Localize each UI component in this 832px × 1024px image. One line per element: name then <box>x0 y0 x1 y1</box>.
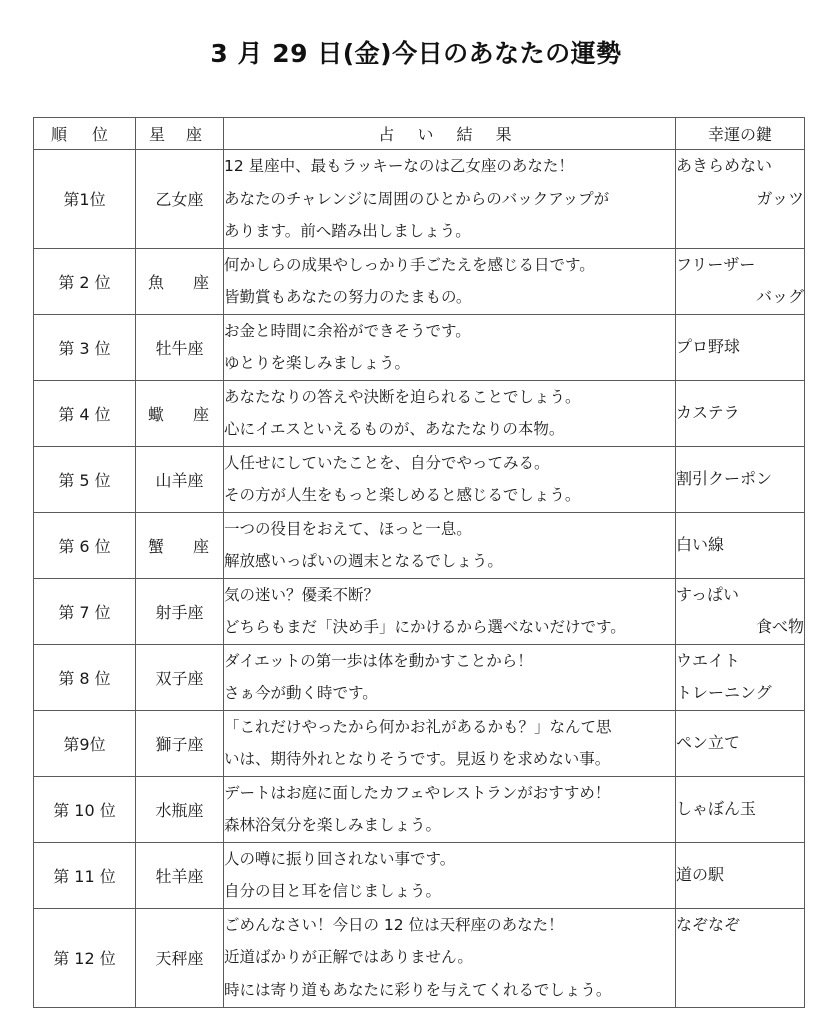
result-cell: お金と時間に余裕ができそうです。 ゆとりを楽しみましょう。 <box>224 314 676 380</box>
rank-cell: 第 8 位 <box>34 644 136 710</box>
result-cell: 「これだけやったから何かお礼があるかも？」なんて思 いは、期待外れとなりそうです… <box>224 710 676 776</box>
lucky-key-cell: すっぱい 食べ物 <box>676 578 805 644</box>
result-line: デートはお庭に面したカフェやレストランがおすすめ！ <box>224 777 675 810</box>
table-row: 第 5 位 山羊座 人任せにしていたことを、自分でやってみる。 その方が人生をも… <box>34 446 805 512</box>
sign-cell: 牡牛座 <box>136 314 224 380</box>
page-title: 3 月 29 日(金)今日のあなたの運勢 <box>0 34 832 70</box>
result-cell: 人任せにしていたことを、自分でやってみる。 その方が人生をもっと楽しめると感じる… <box>224 446 676 512</box>
result-cell: 何かしらの成果やしっかり手ごたえを感じる日です。 皆勤賞もあなたの努力のたまもの… <box>224 248 676 314</box>
lucky-key-line: 道の駅 <box>676 859 804 892</box>
result-cell: 人の噂に振り回されない事です。 自分の目と耳を信じましょう。 <box>224 842 676 908</box>
table-row: 第 6 位 蟹 座 一つの役目をおえて、ほっと一息。 解放感いっぱいの週末となる… <box>34 512 805 578</box>
result-line: その方が人生をもっと楽しめると感じるでしょう。 <box>224 479 675 512</box>
result-line: 森林浴気分を楽しみましょう。 <box>224 809 675 842</box>
lucky-key-line: カステラ <box>676 397 804 430</box>
result-line: あります。前へ踏み出しましょう。 <box>224 215 675 248</box>
rank-cell: 第 10 位 <box>34 776 136 842</box>
lucky-key-cell: しゃぼん玉 <box>676 776 805 842</box>
result-cell: ごめんなさい！今日の 12 位は天秤座のあなた！ 近道ばかりが正解ではありません… <box>224 908 676 1007</box>
lucky-key-cell: 道の駅 <box>676 842 805 908</box>
lucky-key-line: ウエイト <box>676 645 804 678</box>
result-cell: 12 星座中、最もラッキーなのは乙女座のあなた！ あなたのチャレンジに周囲のひと… <box>224 150 676 249</box>
result-line: あなたのチャレンジに周囲のひとからのバックアップが <box>224 183 675 216</box>
sign-cell: 魚 座 <box>136 248 224 314</box>
sign-cell: 牡羊座 <box>136 842 224 908</box>
lucky-key-cell: 割引クーポン <box>676 446 805 512</box>
sign-cell: 蠍 座 <box>136 380 224 446</box>
result-line: お金と時間に余裕ができそうです。 <box>224 315 675 348</box>
result-line: 時には寄り道もあなたに彩りを与えてくれるでしょう。 <box>224 974 675 1007</box>
sign-cell: 水瓶座 <box>136 776 224 842</box>
horoscope-ranking-table: 順 位 星 座 占 い 結 果 幸運の鍵 第1位 乙女座 12 星座中、最もラッ… <box>33 117 805 1008</box>
lucky-key-line: しゃぼん玉 <box>676 793 804 826</box>
lucky-key-cell: ペン立て <box>676 710 805 776</box>
sign-cell: 山羊座 <box>136 446 224 512</box>
lucky-key-line: ガッツ <box>676 183 804 216</box>
rank-cell: 第9位 <box>34 710 136 776</box>
lucky-key-line: 白い線 <box>676 529 804 562</box>
rank-cell: 第 7 位 <box>34 578 136 644</box>
lucky-key-line: 割引クーポン <box>676 463 804 496</box>
header-sign: 星 座 <box>136 118 224 150</box>
lucky-key-line: バッグ <box>676 281 804 314</box>
lucky-key-cell: プロ野球 <box>676 314 805 380</box>
result-line: 人の噂に振り回されない事です。 <box>224 843 675 876</box>
sign-cell: 乙女座 <box>136 150 224 249</box>
lucky-key-cell: ウエイト トレーニング <box>676 644 805 710</box>
result-line: ごめんなさい！今日の 12 位は天秤座のあなた！ <box>224 909 675 942</box>
lucky-key-cell: 白い線 <box>676 512 805 578</box>
table-row: 第 11 位 牡羊座 人の噂に振り回されない事です。 自分の目と耳を信じましょう… <box>34 842 805 908</box>
result-line: 一つの役目をおえて、ほっと一息。 <box>224 513 675 546</box>
sign-cell: 蟹 座 <box>136 512 224 578</box>
result-cell: デートはお庭に面したカフェやレストランがおすすめ！ 森林浴気分を楽しみましょう。 <box>224 776 676 842</box>
header-lucky-key: 幸運の鍵 <box>676 118 805 150</box>
rank-cell: 第 3 位 <box>34 314 136 380</box>
result-line: 自分の目と耳を信じましょう。 <box>224 875 675 908</box>
sign-cell: 射手座 <box>136 578 224 644</box>
rank-cell: 第1位 <box>34 150 136 249</box>
lucky-key-cell: フリーザー バッグ <box>676 248 805 314</box>
lucky-key-line: 食べ物 <box>676 611 804 644</box>
result-line: 12 星座中、最もラッキーなのは乙女座のあなた！ <box>224 150 675 183</box>
result-cell: 一つの役目をおえて、ほっと一息。 解放感いっぱいの週末となるでしょう。 <box>224 512 676 578</box>
table-row: 第 3 位 牡牛座 お金と時間に余裕ができそうです。 ゆとりを楽しみましょう。 … <box>34 314 805 380</box>
lucky-key-line: あきらめない <box>676 150 804 183</box>
lucky-key-line: なぞなぞ <box>676 909 804 942</box>
result-line: 皆勤賞もあなたの努力のたまもの。 <box>224 281 675 314</box>
result-line: さぁ今が動く時です。 <box>224 677 675 710</box>
result-cell: ダイエットの第一歩は体を動かすことから！ さぁ今が動く時です。 <box>224 644 676 710</box>
lucky-key-cell: なぞなぞ <box>676 908 805 1007</box>
result-line: あなたなりの答えや決断を迫られることでしょう。 <box>224 381 675 414</box>
result-line: 「これだけやったから何かお礼があるかも？」なんて思 <box>224 711 675 744</box>
table-row: 第 2 位 魚 座 何かしらの成果やしっかり手ごたえを感じる日です。 皆勤賞もあ… <box>34 248 805 314</box>
table-row: 第 8 位 双子座 ダイエットの第一歩は体を動かすことから！ さぁ今が動く時です… <box>34 644 805 710</box>
rank-cell: 第 11 位 <box>34 842 136 908</box>
result-line: 人任せにしていたことを、自分でやってみる。 <box>224 447 675 480</box>
table-row: 第 4 位 蠍 座 あなたなりの答えや決断を迫られることでしょう。 心にイエスと… <box>34 380 805 446</box>
result-cell: 気の迷い？優柔不断？ どちらもまだ「決め手」にかけるから選べないだけです。 <box>224 578 676 644</box>
sign-cell: 獅子座 <box>136 710 224 776</box>
table-row: 第1位 乙女座 12 星座中、最もラッキーなのは乙女座のあなた！ あなたのチャレ… <box>34 150 805 249</box>
result-line: 解放感いっぱいの週末となるでしょう。 <box>224 545 675 578</box>
lucky-key-line: フリーザー <box>676 249 804 282</box>
result-line: 気の迷い？優柔不断？ <box>224 579 675 612</box>
lucky-key-line: ペン立て <box>676 727 804 760</box>
result-line: どちらもまだ「決め手」にかけるから選べないだけです。 <box>224 611 675 644</box>
result-line: いは、期待外れとなりそうです。見返りを求めない事。 <box>224 743 675 776</box>
result-line: 心にイエスといえるものが、あなたなりの本物。 <box>224 413 675 446</box>
lucky-key-cell: あきらめない ガッツ <box>676 150 805 249</box>
table-row: 第 10 位 水瓶座 デートはお庭に面したカフェやレストランがおすすめ！ 森林浴… <box>34 776 805 842</box>
lucky-key-cell: カステラ <box>676 380 805 446</box>
rank-cell: 第 5 位 <box>34 446 136 512</box>
result-line: 何かしらの成果やしっかり手ごたえを感じる日です。 <box>224 249 675 282</box>
table-row: 第9位 獅子座 「これだけやったから何かお礼があるかも？」なんて思 いは、期待外… <box>34 710 805 776</box>
lucky-key-line: トレーニング <box>676 677 804 710</box>
rank-cell: 第 6 位 <box>34 512 136 578</box>
lucky-key-line: すっぱい <box>676 579 804 612</box>
result-line: 近道ばかりが正解ではありません。 <box>224 941 675 974</box>
lucky-key-line: プロ野球 <box>676 331 804 364</box>
result-line: ゆとりを楽しみましょう。 <box>224 347 675 380</box>
rank-cell: 第 4 位 <box>34 380 136 446</box>
rank-cell: 第 12 位 <box>34 908 136 1007</box>
table-row: 第 7 位 射手座 気の迷い？優柔不断？ どちらもまだ「決め手」にかけるから選べ… <box>34 578 805 644</box>
header-rank: 順 位 <box>34 118 136 150</box>
table-row: 第 12 位 天秤座 ごめんなさい！今日の 12 位は天秤座のあなた！ 近道ばか… <box>34 908 805 1007</box>
sign-cell: 双子座 <box>136 644 224 710</box>
sign-cell: 天秤座 <box>136 908 224 1007</box>
result-line: ダイエットの第一歩は体を動かすことから！ <box>224 645 675 678</box>
rank-cell: 第 2 位 <box>34 248 136 314</box>
table-header-row: 順 位 星 座 占 い 結 果 幸運の鍵 <box>34 118 805 150</box>
result-cell: あなたなりの答えや決断を迫られることでしょう。 心にイエスといえるものが、あなた… <box>224 380 676 446</box>
header-result: 占 い 結 果 <box>224 118 676 150</box>
